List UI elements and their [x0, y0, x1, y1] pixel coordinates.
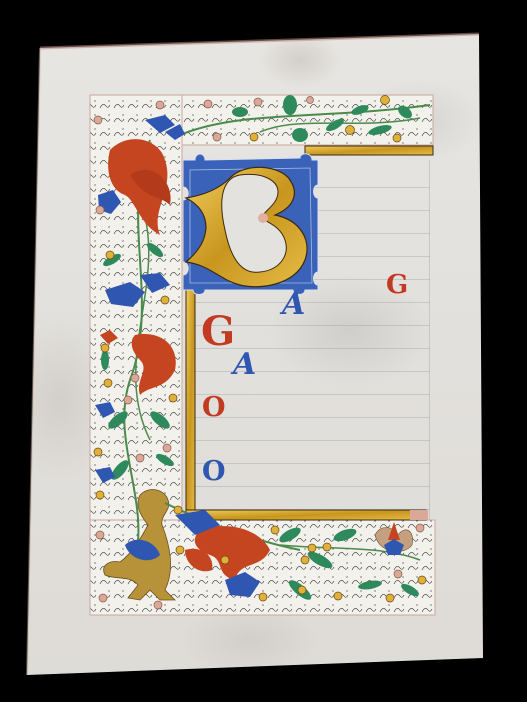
photo-background: A G A O O G [0, 0, 527, 702]
illumination-art [0, 0, 527, 702]
initial-letter-b [183, 154, 318, 295]
notation-letter-a-1: A [282, 290, 305, 320]
notation-letter-o-2: O [202, 458, 226, 485]
notation-letter-g-1: G [201, 312, 235, 352]
notation-letter-g-2: G [386, 272, 408, 298]
notation-letter-o-1: O [202, 394, 226, 421]
notation-letter-a-2: A [233, 350, 256, 380]
